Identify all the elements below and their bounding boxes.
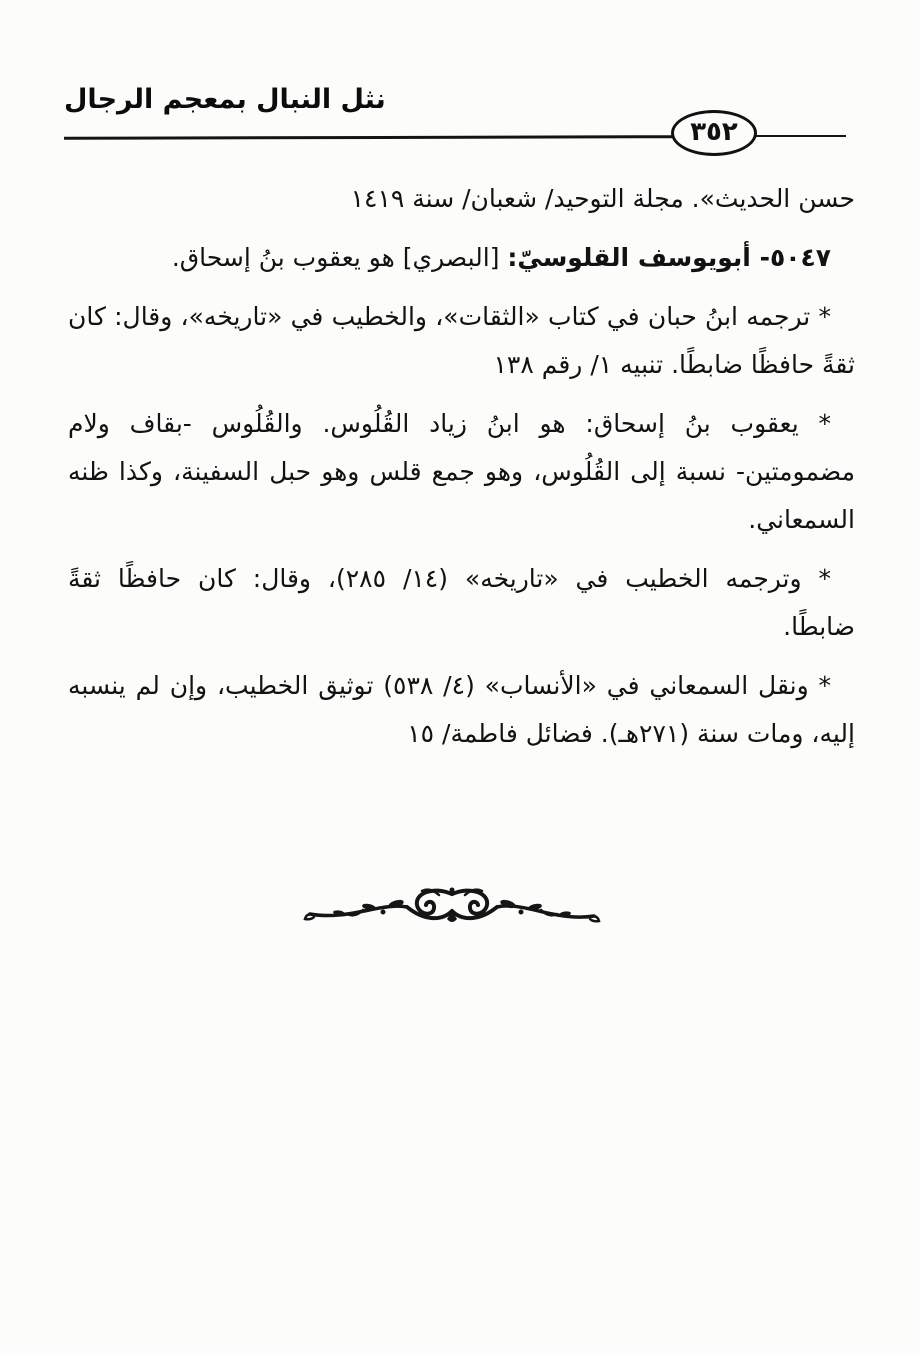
entry-heading-text: ٥٠٤٧- أبويوسف القلوسيّ:: [507, 243, 831, 272]
text-line: * ونقل السمعاني في «الأنساب» (٤/ ٥٣٨) تو…: [68, 662, 855, 710]
book-page: نثل النبال بمعجم الرجال ٣٥٢ حسن الحديث».…: [0, 0, 920, 1353]
header-rule-right: [756, 135, 846, 137]
text-line: ضابطًا.: [68, 603, 855, 651]
line-text: [البصري] هو يعقوب بنُ إسحاق.: [172, 243, 508, 272]
page-number-oval: ٣٥٢: [671, 110, 757, 156]
text-line: * ترجمه ابنُ حبان في كتاب «الثقات»، والخ…: [68, 293, 855, 341]
text-line: مضمومتين- نسبة إلى القُلُوس، وهو جمع قلس…: [68, 448, 855, 496]
line-text: السمعاني.: [748, 505, 855, 534]
line-text: ثقةً حافظًا ضابطًا. تنبيه ١/ رقم ١٣٨: [493, 350, 855, 379]
text-line: حسن الحديث». مجلة التوحيد/ شعبان/ سنة ١٤…: [68, 175, 855, 223]
line-text: ضابطًا.: [783, 612, 855, 641]
line-text: مضمومتين- نسبة إلى القُلُوس، وهو جمع قلس…: [68, 457, 855, 486]
page-number: ٣٥٢: [690, 119, 738, 147]
text-line: إليه، ومات سنة (٢٧١هـ). فضائل فاطمة/ ١٥: [68, 710, 855, 758]
text-line: ٥٠٤٧- أبويوسف القلوسيّ: [البصري] هو يعقو…: [68, 234, 855, 282]
body-text: حسن الحديث». مجلة التوحيد/ شعبان/ سنة ١٤…: [68, 175, 855, 758]
line-text: إليه، ومات سنة (٢٧١هـ). فضائل فاطمة/ ١٥: [407, 719, 855, 748]
text-line: ثقةً حافظًا ضابطًا. تنبيه ١/ رقم ١٣٨: [68, 341, 855, 389]
text-line: * وترجمه الخطيب في «تاريخه» (١٤/ ٢٨٥)، و…: [68, 555, 855, 603]
line-text: * وترجمه الخطيب في «تاريخه» (١٤/ ٢٨٥)، و…: [68, 564, 831, 593]
book-title: نثل النبال بمعجم الرجال: [64, 84, 386, 115]
header-rule-left: [64, 135, 672, 140]
line-text: * يعقوب بنُ إسحاق: هو ابنُ زياد القُلُوس…: [68, 409, 831, 438]
line-text: حسن الحديث». مجلة التوحيد/ شعبان/ سنة ١٤…: [351, 184, 855, 213]
floral-divider-icon: [303, 884, 601, 930]
text-line: * يعقوب بنُ إسحاق: هو ابنُ زياد القُلُوس…: [68, 400, 855, 448]
line-text: * ونقل السمعاني في «الأنساب» (٤/ ٥٣٨) تو…: [68, 671, 831, 700]
text-line: السمعاني.: [68, 496, 855, 544]
line-text: * ترجمه ابنُ حبان في كتاب «الثقات»، والخ…: [68, 302, 831, 331]
